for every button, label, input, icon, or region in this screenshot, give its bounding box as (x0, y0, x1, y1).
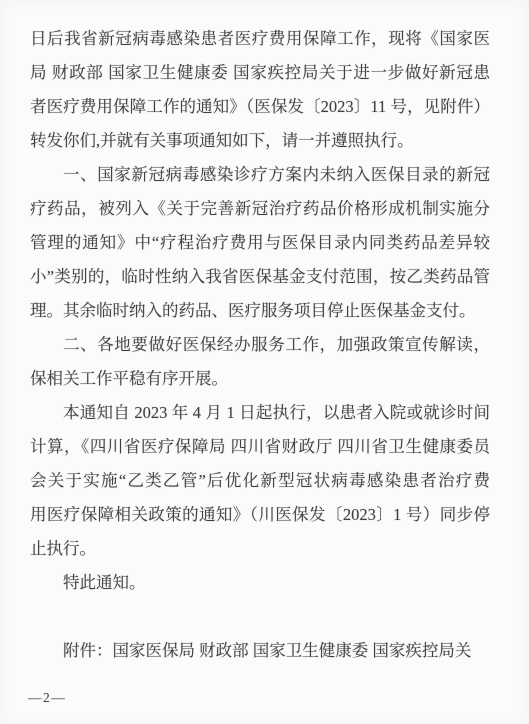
doc-line: 计算，《四川省医疗保障局 四川省财政厅 四川省卫生健康委员 (30, 430, 490, 464)
document-body: 日后我省新冠病毒感染患者医疗费用保障工作，现将《国家医保 局 财政部 国家卫生健… (30, 22, 490, 668)
page-number: —2— (28, 690, 66, 706)
doc-line: 局 财政部 国家卫生健康委 国家疾控局关于进一步做好新冠患 (30, 56, 490, 90)
doc-line: 小”类别的，临时性纳入我省医保基金支付范围，按乙类药品管 (30, 260, 490, 294)
doc-line: 会关于实施“乙类乙管”后优化新型冠状病毒感染患者治疗费 (30, 464, 490, 498)
doc-line: 日后我省新冠病毒感染患者医疗费用保障工作，现将《国家医保 (30, 22, 490, 56)
doc-line: 一、国家新冠病毒感染诊疗方案内未纳入医保目录的新冠治 (30, 158, 490, 192)
doc-line: 二、各地要做好医保经办服务工作，加强政策宣传解读，确 (30, 328, 490, 362)
doc-line: 本通知自 2023 年 4 月 1 日起执行，以患者入院或就诊时间 (30, 396, 490, 430)
doc-line: 特此通知。 (30, 566, 490, 600)
doc-line: 用医疗保障相关政策的通知》（川医保发〔2023〕1 号）同步停 (30, 498, 490, 532)
doc-line: 疗药品，被列入《关于完善新冠治疗药品价格形成机制实施分类 (30, 192, 490, 226)
doc-line: 止执行。 (30, 532, 490, 566)
attachment-line: 附件：国家医保局 财政部 国家卫生健康委 国家疾控局关 (30, 634, 490, 668)
doc-line: 管理的通知》中“疗程治疗费用与医保目录内同类药品差异较 (30, 226, 490, 260)
doc-line: 理。其余临时纳入的药品、医疗服务项目停止医保基金支付。 (30, 294, 490, 328)
blank-line (30, 600, 490, 634)
doc-line: 者医疗费用保障工作的通知》（医保发〔2023〕11 号，见附件） (30, 90, 490, 124)
doc-line: 转发你们,并就有关事项通知如下，请一并遵照执行。 (30, 124, 490, 158)
doc-line: 保相关工作平稳有序开展。 (30, 362, 490, 396)
scanned-document-page: 日后我省新冠病毒感染患者医疗费用保障工作，现将《国家医保 局 财政部 国家卫生健… (0, 0, 529, 724)
